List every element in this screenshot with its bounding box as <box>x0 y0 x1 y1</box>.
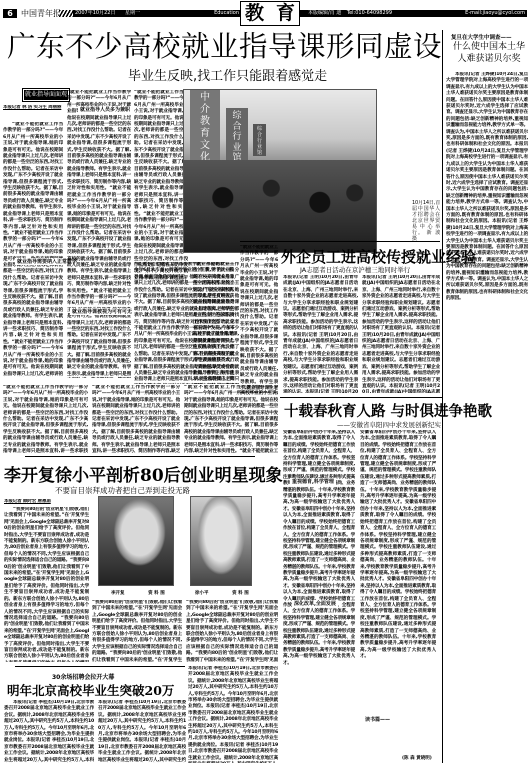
sidebar-kicker: 复旦在大学生中调查—— <box>451 33 512 41</box>
anhui-credit: (陈 森 黄晓明) <box>400 755 434 761</box>
crowd <box>184 160 377 253</box>
date-bar-right: 本版编辑/肖 迪 Tel:010-64098299 E-mail:jiaoyu@… <box>300 10 527 17</box>
lead-body-col6: “就业不能把就业工作当作教学的一部分吗?”——今年6月从广州一所高校毕业的小王说… <box>240 245 278 393</box>
li-rule <box>25 456 255 457</box>
lead-kicker: 就业指导面面观 <box>25 91 67 98</box>
li-subhead: 不要盲目崇拜成功者把自己弄到走投无路 <box>55 485 190 496</box>
foreign-rule <box>240 241 440 242</box>
anhui-subhead: ——安徽省阜阳四中求发展创新纪实 <box>337 420 441 429</box>
sidebar-divider <box>442 30 443 763</box>
section-title-1: 教 <box>245 2 264 24</box>
lead-body-col3: “就业不能把就业工作当作教学的一部分吗?”——今年6月从广州一所高校毕业的小王说… <box>134 90 188 280</box>
lead-body-lower1: “就业不能把就业工作当作教学的一部分吗?”——今年6月从广州一所高校毕业的小王说… <box>3 385 88 453</box>
li-photo-caption-right: 徐小平 资 料 图 <box>195 590 249 596</box>
beijing-rule <box>15 666 185 667</box>
paper-name: 中国青年报 <box>21 8 61 19</box>
xu-caption-credit: 资 料 图 <box>232 591 249 596</box>
li-caption-credit: 资 料 图 <box>148 591 165 596</box>
lead-body-lower2: “就业不能把就业工作当作教学的一部分吗?”——今年6月从广州一所高校毕业的小王说… <box>92 385 180 453</box>
beijing-headline: 明年北京高校毕业生突破20万 <box>7 681 174 699</box>
lead-body-lower3: “就业不能把就业工作当作教学的一部分吗?”——今年6月从广州一所高校毕业的小王说… <box>184 385 278 453</box>
foreign-body-col1: 本报讯(记者 王明)10月20日,由青年成就(JA)中国组织的JA志愿者日活动在… <box>283 275 358 393</box>
beijing-body-col2: 本报讯(记者 李桂杰)10月19日,北京市教委召开2008届北京地区高校毕业生就… <box>98 700 186 763</box>
email: E-mail:jiaoyu@cyol.com <box>465 10 525 17</box>
anhui-section-head-1: 重视德育,科学管理 <box>290 478 336 485</box>
lead-body-col2: “就业不能把就业工作当作教学的一部分吗?”——今年6月从广州一所高校毕业的小王说… <box>67 90 131 378</box>
lead-headline: 广东不少高校就业指导课形同虚设 <box>7 30 442 64</box>
foreign-subhead: JA志愿者日活动在京沪穗三地同时举行 <box>300 265 410 274</box>
beijing-body-col3: 本报讯(记者 李桂杰)10月19日,北京市教委召开2008届北京地区高校毕业生就… <box>188 666 278 763</box>
li-body-col3: “我要向80后的‘创业明星’们致敬,他们让我看到了中国未来的希望。”在‘开复学生… <box>186 600 278 662</box>
masthead: 6 中国青年报 2007年10月22日 星期一 Education 教育 本版编… <box>3 4 527 24</box>
slash-decoration <box>59 10 73 17</box>
anhui-rule <box>280 397 442 398</box>
exhibition-sign-2: 综合行业馆 <box>226 108 248 160</box>
phone: Tel:010-64098299 <box>347 10 392 16</box>
editor: 本版编辑/肖 迪 <box>308 10 341 16</box>
exhibition-sign-1: 中介教育文化馆 <box>190 90 220 166</box>
foreign-headline: 外企员工进高校传授就业经验 <box>281 246 476 267</box>
section-title-box: 教育 <box>240 1 300 26</box>
date-bar-left: 2007年10月22日 星期一 Education <box>73 10 241 17</box>
issue-date: 2007年10月22日 <box>75 10 115 16</box>
page-number: 6 <box>7 9 13 18</box>
xu-caption-name: 徐小平 <box>195 591 209 596</box>
foreign-body-col2: 本报讯(记者 王明)10月20日,由青年成就(JA)中国组织的JA志愿者日活动在… <box>362 275 440 393</box>
exhibition-sign-3: 综合行业馆 <box>253 124 266 156</box>
li-byline: 本报记者 顾时宏 唐惠南 <box>4 499 74 507</box>
photo-caption: 10月14日,首届中国华人才招聘会在北京世界贸易中心举行。 新 波 摄 <box>412 200 440 244</box>
li-body-col1: “我要向80后的‘创业明星’们致敬,他们让我看到了中国未来的希望。”在‘开复学生… <box>4 507 89 662</box>
section-title-2: 育 <box>276 2 295 24</box>
beijing-body-col1: 本报讯(记者 李桂杰)10月19日,北京市教委召开2008届北京地区高校毕业生就… <box>4 700 94 763</box>
section-en: Education <box>214 10 239 17</box>
lead-body-col1: “就业不能把就业工作当作教学的一部分吗?”——今年6月从广州一所高校毕业的小王说… <box>3 122 63 377</box>
anhui-body-col2: 安徽省阜阳四中创办十年来,坚持以人为本,全面推进素质教育,取得了令人瞩目的成绩。… <box>360 430 436 763</box>
lead-section-head-1: 就业指导人员多为兼职 <box>78 106 132 113</box>
lead-section-head-2: 就业指导课被视为可有可无 <box>70 308 134 315</box>
anhui-section-head-2: 深化改革,全面发展 <box>292 600 338 607</box>
job-fair-photo: 中介教育文化馆 综合行业馆 综合行业馆 <box>183 89 377 253</box>
beijing-kicker: 30余场招聘会拉开大幕 <box>52 672 114 681</box>
lead-kicker-box: 就业指导面面观 <box>24 90 68 100</box>
issue-weekday: 星期一 <box>125 10 140 16</box>
sign-text-3: 综合行业馆 <box>257 126 262 156</box>
sign-text-2: 综合行业馆 <box>232 111 241 163</box>
anhui-headline: 十载春秋育人路 与时俱进争艳歌 <box>284 400 492 421</box>
li-headline: 李开复徐小平剖析80后创业明星现象 <box>4 461 283 486</box>
sidebar-headline: 什么使中国本土华人难获诺贝尔奖 <box>452 41 526 65</box>
lead-subhead: 毕业生反映,找工作只能跟着感觉走 <box>128 65 327 84</box>
li-kaifu-photo <box>98 496 174 586</box>
li-body-col2: “我要向80后的‘创业明星’们致敬,他们让我看到了中国未来的希望。”在‘开复学生… <box>92 600 182 662</box>
lead-body-col5: “就业不能把就业工作当作教学的一部分吗?”——今年6月从广州一所高校毕业的小王说… <box>193 262 239 384</box>
xu-xiaoping-photo <box>190 496 252 586</box>
lead-byline: 本报记者 林 洁 实习生 周丽丽 <box>3 105 63 119</box>
li-caption-name: 李开复 <box>111 591 125 596</box>
anhui-kicker-2: 读书篇—— <box>363 716 392 723</box>
li-photo-caption-left: 李开复 资 料 图 <box>111 590 165 596</box>
page-number-box: 6 <box>3 9 17 18</box>
